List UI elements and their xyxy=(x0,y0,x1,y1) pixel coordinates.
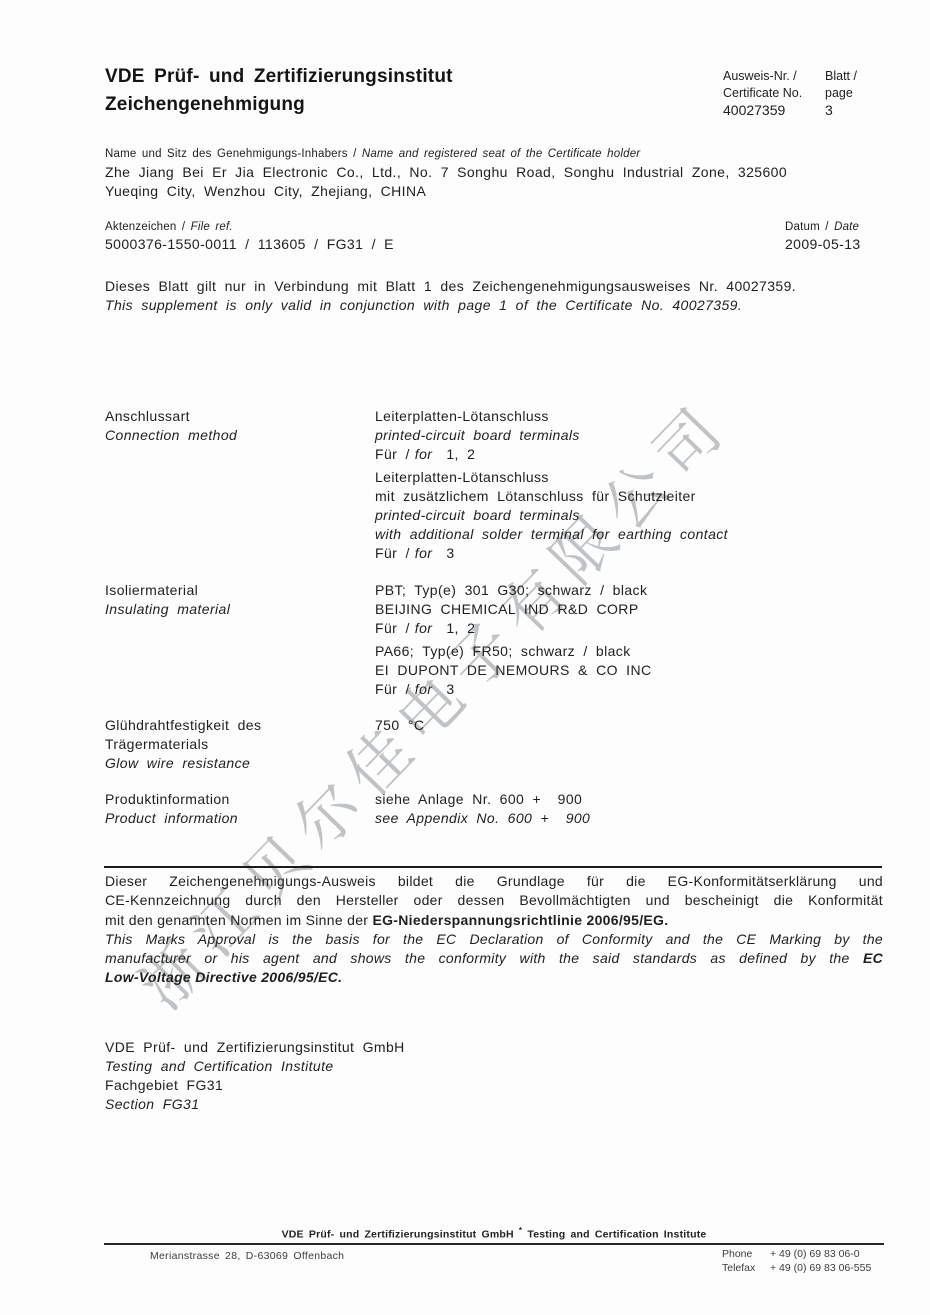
spec-insulating-b2-l2: EI DUPONT DE NEMOURS & CO INC xyxy=(375,661,890,680)
for-de: Für / xyxy=(375,446,410,462)
file-ref-label-en: File ref. xyxy=(191,221,233,233)
validity-note: Dieses Blatt gilt nur in Verbindung mit … xyxy=(105,277,796,315)
declaration-en-line2: manufacturer or his agent and shows the … xyxy=(105,949,883,968)
date-block: Datum / Date 2009-05-13 xyxy=(785,221,861,254)
page-number-block: Blatt / page 3 xyxy=(825,68,857,119)
spec-connection-b2-l2: mit zusätzlichem Lötanschluss für Schutz… xyxy=(375,487,890,506)
for-de: Für / xyxy=(375,545,410,561)
holder-address-line1: Zhe Jiang Bei Er Jia Electronic Co., Ltd… xyxy=(105,163,787,182)
signature-section-en: Section FG31 xyxy=(105,1095,405,1114)
certificate-number-block: Ausweis-Nr. / Certificate No. 40027359 xyxy=(723,68,825,119)
certificate-meta: Ausweis-Nr. / Certificate No. 40027359 B… xyxy=(723,68,857,119)
date-value: 2009-05-13 xyxy=(785,235,861,254)
footer-phone-line: Phone+ 49 (0) 69 83 06-0 xyxy=(722,1248,871,1262)
phone-value: + 49 (0) 69 83 06-0 xyxy=(770,1248,860,1260)
for-en: for xyxy=(415,620,433,636)
spec-connection-b2-l3: printed-circuit board terminals xyxy=(375,506,890,525)
declaration-de-line3-text: mit den genannten Normen im Sinne der xyxy=(105,912,372,928)
spec-connection-label-en: Connection method xyxy=(105,426,365,445)
spec-glowwire-label: Glühdrahtfestigkeit des Trägermaterials … xyxy=(105,716,365,773)
certificate-number-label-en: Certificate No. xyxy=(723,85,825,102)
spec-glowwire-value: 750 °C xyxy=(375,716,890,735)
spec-glowwire-label-de1: Glühdrahtfestigkeit des xyxy=(105,716,365,735)
spec-connection-b2-for: Für /for3 xyxy=(375,544,890,563)
spec-glowwire-label-de2: Trägermaterials xyxy=(105,735,365,754)
spec-insulating-b2-l1: PA66; Typ(e) FR50; schwarz / black xyxy=(375,642,890,661)
certificate-number-value: 40027359 xyxy=(723,101,825,119)
spec-product-value: siehe Anlage Nr. 600 + 900 see Appendix … xyxy=(375,790,890,828)
for-en: for xyxy=(415,446,433,462)
holder-label-en: Name and registered seat of the Certific… xyxy=(362,148,640,160)
spec-connection-b2-l1: Leiterplatten-Lötanschluss xyxy=(375,468,890,487)
spec-connection-label-de: Anschlussart xyxy=(105,407,365,426)
for-en: for xyxy=(415,545,433,561)
spec-insulating-value: PBT; Typ(e) 301 G30; schwarz / black BEI… xyxy=(375,581,890,699)
for-value: 1, 2 xyxy=(446,620,475,636)
spec-connection-value: Leiterplatten-Lötanschluss printed-circu… xyxy=(375,407,890,563)
date-label: Datum / Date xyxy=(785,221,861,233)
signature-institute-de: VDE Prüf- und Zertifizierungsinstitut Gm… xyxy=(105,1038,405,1057)
certificate-page: 浙江贝尔佳电子有限公司 VDE Prüf- und Zertifizierung… xyxy=(0,0,930,1315)
spec-insulating-label-en: Insulating material xyxy=(105,600,365,619)
for-de: Für / xyxy=(375,681,410,697)
declaration-en-ec: EC xyxy=(863,950,883,966)
declaration-de-line1: Dieser Zeichengenehmigungs-Ausweis bilde… xyxy=(105,872,883,891)
declaration-en-directive: Low-Voltage Directive 2006/95/EC. xyxy=(105,968,883,987)
ec-declaration: Dieser Zeichengenehmigungs-Ausweis bilde… xyxy=(105,872,883,988)
file-ref-value: 5000376-1550-0011 / 113605 / FG31 / E xyxy=(105,235,394,254)
footer-telefax-line: Telefax+ 49 (0) 69 83 06-555 xyxy=(722,1262,871,1276)
footer-separator: * xyxy=(519,1226,522,1235)
spec-product-label: Produktinformation Product information xyxy=(105,790,365,828)
date-label-en: Date xyxy=(834,221,859,233)
doc-title-line1: VDE Prüf- und Zertifizierungsinstitut xyxy=(105,63,453,91)
spec-insulating-b1-l2: BEIJING CHEMICAL IND R&D CORP xyxy=(375,600,890,619)
footer-institute-de: VDE Prüf- und Zertifizierungsinstitut Gm… xyxy=(282,1229,514,1241)
declaration-en-line2-text: manufacturer or his agent and shows the … xyxy=(105,950,863,966)
footer-institute-en: Testing and Certification Institute xyxy=(527,1229,706,1241)
signature-section-de: Fachgebiet FG31 xyxy=(105,1076,405,1095)
certificate-holder-block: Name und Sitz des Genehmigungs-Inhabers … xyxy=(105,148,787,201)
file-ref-block: Aktenzeichen / File ref. 5000376-1550-00… xyxy=(105,221,394,254)
validity-note-de: Dieses Blatt gilt nur in Verbindung mit … xyxy=(105,277,796,296)
doc-title-line2: Zeichengenehmigung xyxy=(105,91,453,119)
doc-header: VDE Prüf- und Zertifizierungsinstitut Ze… xyxy=(105,63,453,119)
telefax-value: + 49 (0) 69 83 06-555 xyxy=(770,1262,871,1274)
page-label-en: page xyxy=(825,85,857,102)
date-label-de: Datum / xyxy=(785,221,834,233)
spec-insulating-b1-for: Für /for1, 2 xyxy=(375,619,890,638)
spec-connection-b1-for: Für /for1, 2 xyxy=(375,445,890,464)
page-label-de: Blatt / xyxy=(825,68,857,85)
holder-label-de: Name und Sitz des Genehmigungs-Inhabers … xyxy=(105,148,362,160)
footer-address: Merianstrasse 28, D-63069 Offenbach xyxy=(150,1250,344,1262)
spec-insulating-b2-for: Für /for3 xyxy=(375,680,890,699)
holder-label: Name und Sitz des Genehmigungs-Inhabers … xyxy=(105,148,787,160)
spec-product-label-en: Product information xyxy=(105,809,365,828)
signature-institute-en: Testing and Certification Institute xyxy=(105,1057,405,1076)
validity-note-en: This supplement is only valid in conjunc… xyxy=(105,296,796,315)
spec-insulating-label-de: Isoliermaterial xyxy=(105,581,365,600)
spec-connection-label: Anschlussart Connection method xyxy=(105,407,365,445)
footer-contact: Phone+ 49 (0) 69 83 06-0 Telefax+ 49 (0)… xyxy=(722,1248,871,1275)
file-ref-label-de: Aktenzeichen / xyxy=(105,221,191,233)
phone-label: Phone xyxy=(722,1248,770,1262)
spec-connection-b1-l1: Leiterplatten-Lötanschluss xyxy=(375,407,890,426)
footer-institute-line: VDE Prüf- und Zertifizierungsinstitut Gm… xyxy=(105,1226,883,1241)
spec-connection-b2-l4: with additional solder terminal for eart… xyxy=(375,525,890,544)
for-de: Für / xyxy=(375,620,410,636)
for-value: 3 xyxy=(446,681,454,697)
spec-product-value-de: siehe Anlage Nr. 600 + 900 xyxy=(375,790,890,809)
spec-glowwire-value-text: 750 °C xyxy=(375,716,890,735)
spec-insulating-b1-l1: PBT; Typ(e) 301 G30; schwarz / black xyxy=(375,581,890,600)
spec-product-label-de: Produktinformation xyxy=(105,790,365,809)
declaration-de-directive: EG-Niederspannungsrichtlinie 2006/95/EG. xyxy=(372,912,668,928)
telefax-label: Telefax xyxy=(722,1262,770,1276)
holder-address-line2: Yueqing City, Wenzhou City, Zhejiang, CH… xyxy=(105,182,787,201)
for-value: 3 xyxy=(446,545,454,561)
declaration-de-line2: CE-Kennzeichnung durch den Hersteller od… xyxy=(105,891,883,910)
spec-product-value-en: see Appendix No. 600 + 900 xyxy=(375,809,890,828)
declaration-de-line3: mit den genannten Normen im Sinne der EG… xyxy=(105,911,883,930)
declaration-en-line1: This Marks Approval is the basis for the… xyxy=(105,930,883,949)
for-en: for xyxy=(415,681,433,697)
footer-divider xyxy=(104,1243,884,1245)
declaration-divider xyxy=(104,866,882,868)
for-value: 1, 2 xyxy=(446,446,475,462)
spec-insulating-label: Isoliermaterial Insulating material xyxy=(105,581,365,619)
spec-glowwire-label-en: Glow wire resistance xyxy=(105,754,365,773)
certificate-number-label-de: Ausweis-Nr. / xyxy=(723,68,825,85)
file-ref-label: Aktenzeichen / File ref. xyxy=(105,221,394,233)
page-number-value: 3 xyxy=(825,101,857,119)
spec-connection-b1-l2: printed-circuit board terminals xyxy=(375,426,890,445)
signature-block: VDE Prüf- und Zertifizierungsinstitut Gm… xyxy=(105,1038,405,1114)
